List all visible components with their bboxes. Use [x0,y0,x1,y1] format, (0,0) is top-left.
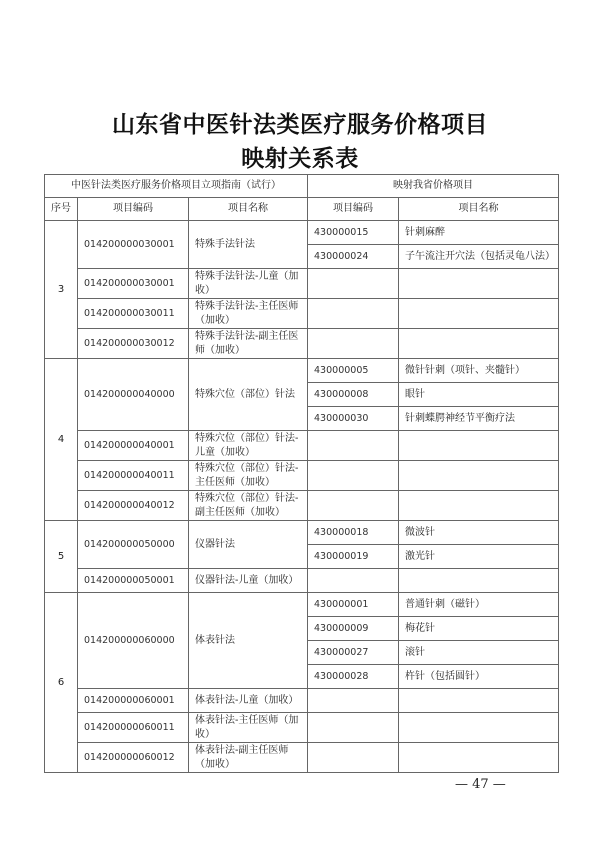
mapped-code-cell: 430000015 [308,221,399,245]
name-cell: 特殊穴位（部位）针法-主任医师（加收） [189,461,308,491]
table-row: 014200000030012 特殊手法针法-副主任医师（加收） [45,329,559,359]
document-title-line1: 山东省中医针法类医疗服务价格项目 [0,106,600,139]
mapped-name-cell [399,689,559,713]
table-row: 014200000030011 特殊手法针法-主任医师（加收） [45,299,559,329]
mapped-code-cell [308,269,399,299]
mapped-name-cell [399,743,559,773]
code-cell: 014200000050000 [78,521,189,569]
mapped-name-cell [399,269,559,299]
mapped-code-cell [308,689,399,713]
code-cell: 014200000060012 [78,743,189,773]
mapped-name-cell: 滚针 [399,641,559,665]
table-row: 6 014200000060000 体表针法 430000001 普通针刺（磁针… [45,593,559,617]
code-cell: 014200000050001 [78,569,189,593]
code-cell: 014200000060000 [78,593,189,689]
mapped-name-cell: 眼针 [399,383,559,407]
code-cell: 014200000040011 [78,461,189,491]
mapped-name-cell [399,431,559,461]
table-row: 3 014200000030001 特殊手法针法 430000015 针刺麻醉 [45,221,559,245]
table-row: 014200000060012 体表针法-副主任医师（加收） [45,743,559,773]
mapped-code-cell [308,569,399,593]
seq-cell: 4 [45,359,78,521]
mapped-code-cell: 430000009 [308,617,399,641]
group-header-mapped: 映射我省价格项目 [308,175,559,198]
name-cell: 特殊手法针法-副主任医师（加收） [189,329,308,359]
name-cell: 特殊穴位（部位）针法 [189,359,308,431]
column-header-seq: 序号 [45,198,78,221]
code-cell: 014200000040000 [78,359,189,431]
mapped-code-cell [308,431,399,461]
mapped-name-cell [399,569,559,593]
table-row: 014200000040001 特殊穴位（部位）针法-儿童（加收） [45,431,559,461]
group-header-guide: 中医针法类医疗服务价格项目立项指南（试行） [45,175,308,198]
name-cell: 体表针法-副主任医师（加收） [189,743,308,773]
mapped-name-cell: 针刺麻醉 [399,221,559,245]
name-cell: 特殊穴位（部位）针法-儿童（加收） [189,431,308,461]
column-header-mapped-name: 项目名称 [399,198,559,221]
name-cell: 体表针法-主任医师（加收） [189,713,308,743]
mapped-name-cell: 梅花针 [399,617,559,641]
mapped-code-cell [308,713,399,743]
mapped-code-cell: 430000019 [308,545,399,569]
name-cell: 仪器针法 [189,521,308,569]
page-number: — 47 — [455,777,506,792]
mapped-code-cell [308,299,399,329]
table-row: 4 014200000040000 特殊穴位（部位）针法 430000005 微… [45,359,559,383]
code-cell: 014200000030012 [78,329,189,359]
table-row: 5 014200000050000 仪器针法 430000018 微波针 [45,521,559,545]
mapped-name-cell: 杵针（包括圆针） [399,665,559,689]
column-header-code: 项目编码 [78,198,189,221]
mapped-code-cell: 430000024 [308,245,399,269]
mapped-code-cell: 430000005 [308,359,399,383]
mapped-name-cell [399,299,559,329]
code-cell: 014200000060001 [78,689,189,713]
seq-cell: 5 [45,521,78,593]
seq-cell: 6 [45,593,78,773]
name-cell: 特殊手法针法-儿童（加收） [189,269,308,299]
table-row: 014200000040011 特殊穴位（部位）针法-主任医师（加收） [45,461,559,491]
code-cell: 014200000060011 [78,713,189,743]
mapped-code-cell: 430000018 [308,521,399,545]
code-cell: 014200000040012 [78,491,189,521]
name-cell: 特殊手法针法-主任医师（加收） [189,299,308,329]
mapped-code-cell [308,329,399,359]
mapped-name-cell: 普通针刺（磁针） [399,593,559,617]
table-row: 014200000040012 特殊穴位（部位）针法-副主任医师（加收） [45,491,559,521]
mapped-name-cell: 微波针 [399,521,559,545]
mapped-name-cell [399,713,559,743]
table-row: 014200000060011 体表针法-主任医师（加收） [45,713,559,743]
document-title-line2: 映射关系表 [0,140,600,173]
mapped-code-cell: 430000008 [308,383,399,407]
name-cell: 特殊穴位（部位）针法-副主任医师（加收） [189,491,308,521]
mapped-code-cell: 430000028 [308,665,399,689]
code-cell: 014200000040001 [78,431,189,461]
mapped-name-cell: 针刺蝶腭神经节平衡疗法 [399,407,559,431]
code-cell: 014200000030011 [78,299,189,329]
name-cell: 仪器针法-儿童（加收） [189,569,308,593]
mapped-code-cell: 430000030 [308,407,399,431]
column-header-mapped-code: 项目编码 [308,198,399,221]
table-row: 014200000060001 体表针法-儿童（加收） [45,689,559,713]
seq-cell: 3 [45,221,78,359]
name-cell: 体表针法-儿童（加收） [189,689,308,713]
mapped-code-cell [308,743,399,773]
column-header-name: 项目名称 [189,198,308,221]
mapped-name-cell: 微针针刺（项针、夹髓针） [399,359,559,383]
mapped-code-cell: 430000027 [308,641,399,665]
mapped-name-cell [399,329,559,359]
name-cell: 特殊手法针法 [189,221,308,269]
mapping-table: 中医针法类医疗服务价格项目立项指南（试行） 映射我省价格项目 序号 项目编码 项… [44,174,559,773]
mapped-code-cell [308,461,399,491]
table-row: 014200000050001 仪器针法-儿童（加收） [45,569,559,593]
mapped-name-cell [399,461,559,491]
code-cell: 014200000030001 [78,269,189,299]
mapped-name-cell: 激光针 [399,545,559,569]
table-row: 014200000030001 特殊手法针法-儿童（加收） [45,269,559,299]
code-cell: 014200000030001 [78,221,189,269]
mapped-code-cell [308,491,399,521]
mapped-name-cell: 子午流注开穴法（包括灵龟八法） [399,245,559,269]
mapped-code-cell: 430000001 [308,593,399,617]
name-cell: 体表针法 [189,593,308,689]
mapped-name-cell [399,491,559,521]
